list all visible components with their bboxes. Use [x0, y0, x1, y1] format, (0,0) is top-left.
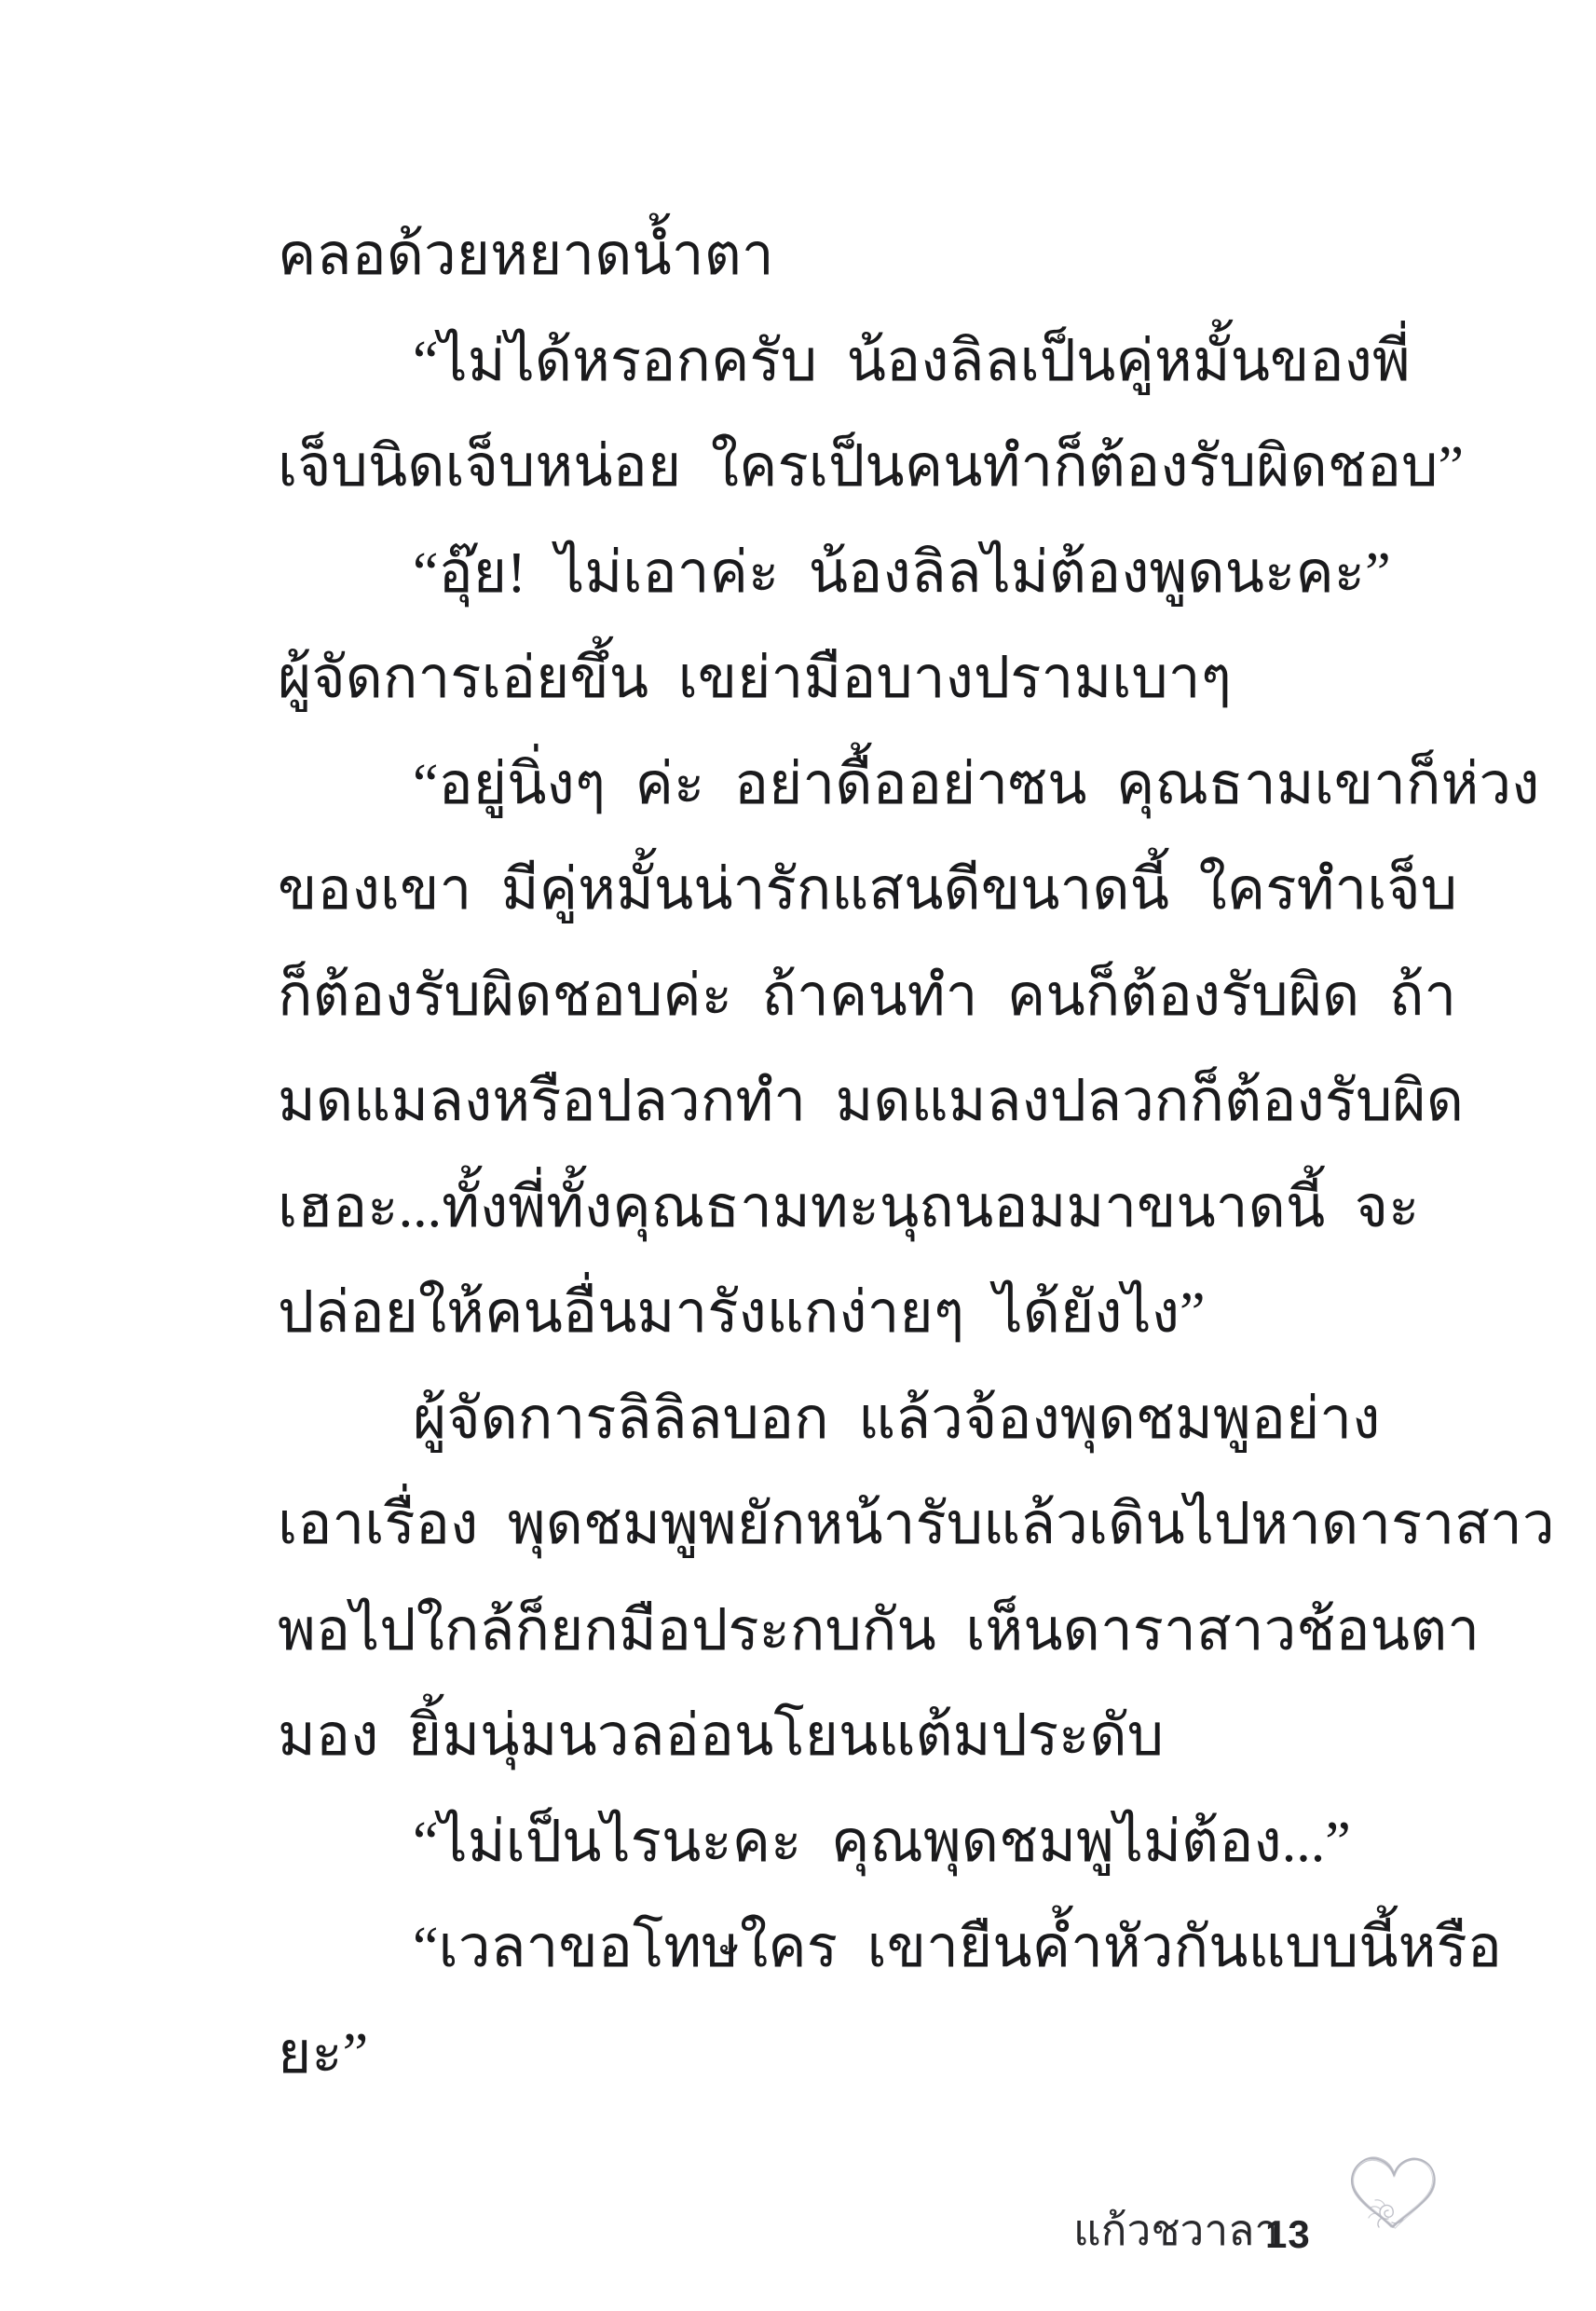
text-line: “อยู่นิ่งๆ ค่ะ อย่าดื้ออย่าซน คุณธามเขาก…: [278, 732, 1442, 839]
text-line: พอไปใกล้ก็ยกมือประกบกัน เห็นดาราสาวช้อนต…: [278, 1579, 1442, 1685]
heart-wreath-icon: [1347, 2153, 1440, 2240]
page-text: คลอด้วยหยาดน้ำตา“ไม่ได้หรอกครับ น้องลิลเ…: [278, 203, 1442, 2107]
page-number: 13: [1265, 2214, 1311, 2255]
text-line: ยะ”: [278, 2002, 1442, 2108]
text-line: “อุ๊ย! ไม่เอาค่ะ น้องลิลไม่ต้องพูดนะคะ”: [278, 521, 1442, 627]
text-line: ก็ต้องรับผิดชอบค่ะ ถ้าคนทำ คนก็ต้องรับผิ…: [278, 944, 1442, 1050]
book-title: แก้วชวาลา: [1073, 2207, 1278, 2255]
text-line: ผู้จัดการลิลิลบอก แล้วจ้องพุดชมพูอย่าง: [278, 1367, 1442, 1473]
text-line: ผู้จัดการเอ่ยขึ้น เขย่ามือบางปรามเบาๆ: [278, 626, 1442, 732]
text-line: มอง ยิ้มนุ่มนวลอ่อนโยนแต้มประดับ: [278, 1684, 1442, 1790]
text-line: เอาเรื่อง พุดชมพูพยักหน้ารับแล้วเดินไปหา…: [278, 1472, 1442, 1579]
text-line: “เวลาขอโทษใคร เขายืนค้ำหัวกันแบบนี้หรือ: [278, 1895, 1442, 2002]
text-line: “ไม่ได้หรอกครับ น้องลิลเป็นคู่หมั้นของพี…: [278, 309, 1442, 416]
text-line: มดแมลงหรือปลวกทำ มดแมลงปลวกก็ต้องรับผิด: [278, 1049, 1442, 1155]
book-page: คลอด้วยหยาดน้ำตา“ไม่ได้หรอกครับ น้องลิลเ…: [0, 0, 1596, 2311]
text-line: เจ็บนิดเจ็บหน่อย ใครเป็นคนทำก็ต้องรับผิด…: [278, 415, 1442, 521]
text-line: “ไม่เป็นไรนะคะ คุณพุดชมพูไม่ต้อง...”: [278, 1790, 1442, 1896]
text-line: เฮอะ...ทั้งพี่ทั้งคุณธามทะนุถนอมมาขนาดนี…: [278, 1155, 1442, 1262]
text-line: คลอด้วยหยาดน้ำตา: [278, 203, 1442, 309]
text-line: ปล่อยให้คนอื่นมารังแกง่ายๆ ได้ยังไง”: [278, 1261, 1442, 1367]
text-line: ของเขา มีคู่หมั้นน่ารักแสนดีขนาดนี้ ใครท…: [278, 838, 1442, 944]
